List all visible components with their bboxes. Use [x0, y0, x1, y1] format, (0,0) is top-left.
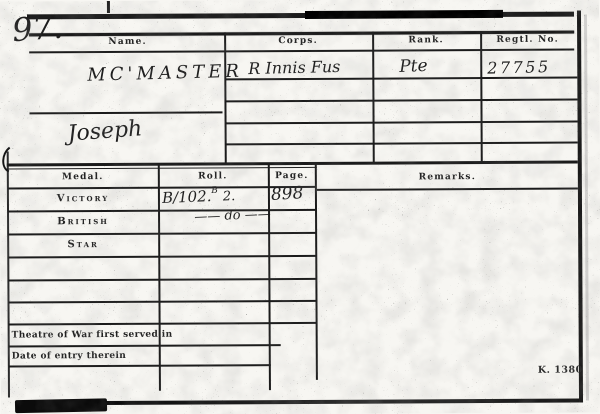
scan-blot [15, 398, 107, 413]
page-column-header: Page. [268, 171, 316, 181]
pen-stroke-mark [0, 145, 14, 175]
roll-tail: 2. [223, 189, 236, 204]
corps-column-header: Corps. [224, 36, 372, 47]
row-line [225, 99, 577, 102]
roll-superscript: B [211, 186, 218, 196]
scanned-medal-index-card: Name. Corps. Rank. Regtl. No. Medal. Rol… [0, 0, 600, 414]
medal-row-victory: Victory [8, 193, 158, 205]
row-line [226, 142, 578, 145]
date-underline [9, 364, 271, 367]
scan-tick-mark [107, 1, 110, 13]
section-divider [7, 161, 578, 167]
card-bottom-edge [105, 399, 579, 405]
divider-page-remarks [315, 163, 318, 380]
forename-handwritten: Joseph [67, 116, 143, 147]
theatre-of-war-label: Theatre of War first served in [12, 330, 173, 341]
date-of-entry-label: Date of entry therein [12, 351, 127, 362]
rank-column-header: Rank. [372, 35, 480, 46]
header-rule-bottom [29, 49, 574, 54]
regtl-no-column-header: Regtl. No. [480, 35, 575, 45]
ditto-mark-handwritten: —— do —— [175, 206, 291, 226]
card-right-border [577, 11, 583, 403]
medal-column-header: Medal. [8, 172, 158, 183]
roll-column-header: Roll. [158, 171, 268, 182]
rank-handwritten: Pte [399, 56, 428, 77]
name-underline [30, 111, 223, 114]
medal-row-star: Star [8, 239, 158, 251]
card-right-shadow [584, 14, 589, 400]
card-top-edge-dark [305, 10, 503, 19]
row-line [226, 121, 578, 124]
form-number: K. 1380 [538, 365, 583, 376]
section-divider-inner [7, 167, 317, 170]
page-value-handwritten: 898 [270, 183, 304, 205]
remarks-header-underline [317, 188, 578, 191]
surname-handwritten: MC'MASTER [87, 61, 243, 86]
roll-main: B/102. [162, 187, 212, 207]
roll-value-handwritten: B/102.B 2. [162, 185, 236, 207]
ref-number-handwritten: 97. [11, 8, 65, 50]
card-body: Name. Corps. Rank. Regtl. No. Medal. Rol… [0, 0, 600, 414]
theatre-underline [9, 344, 281, 347]
divider-medal-roll [158, 164, 161, 391]
corps-handwritten: R Innis Fus [248, 57, 341, 78]
medal-row-british: British [8, 216, 158, 228]
remarks-column-header: Remarks. [317, 172, 578, 183]
regtl-no-handwritten: 27755 [487, 57, 551, 77]
